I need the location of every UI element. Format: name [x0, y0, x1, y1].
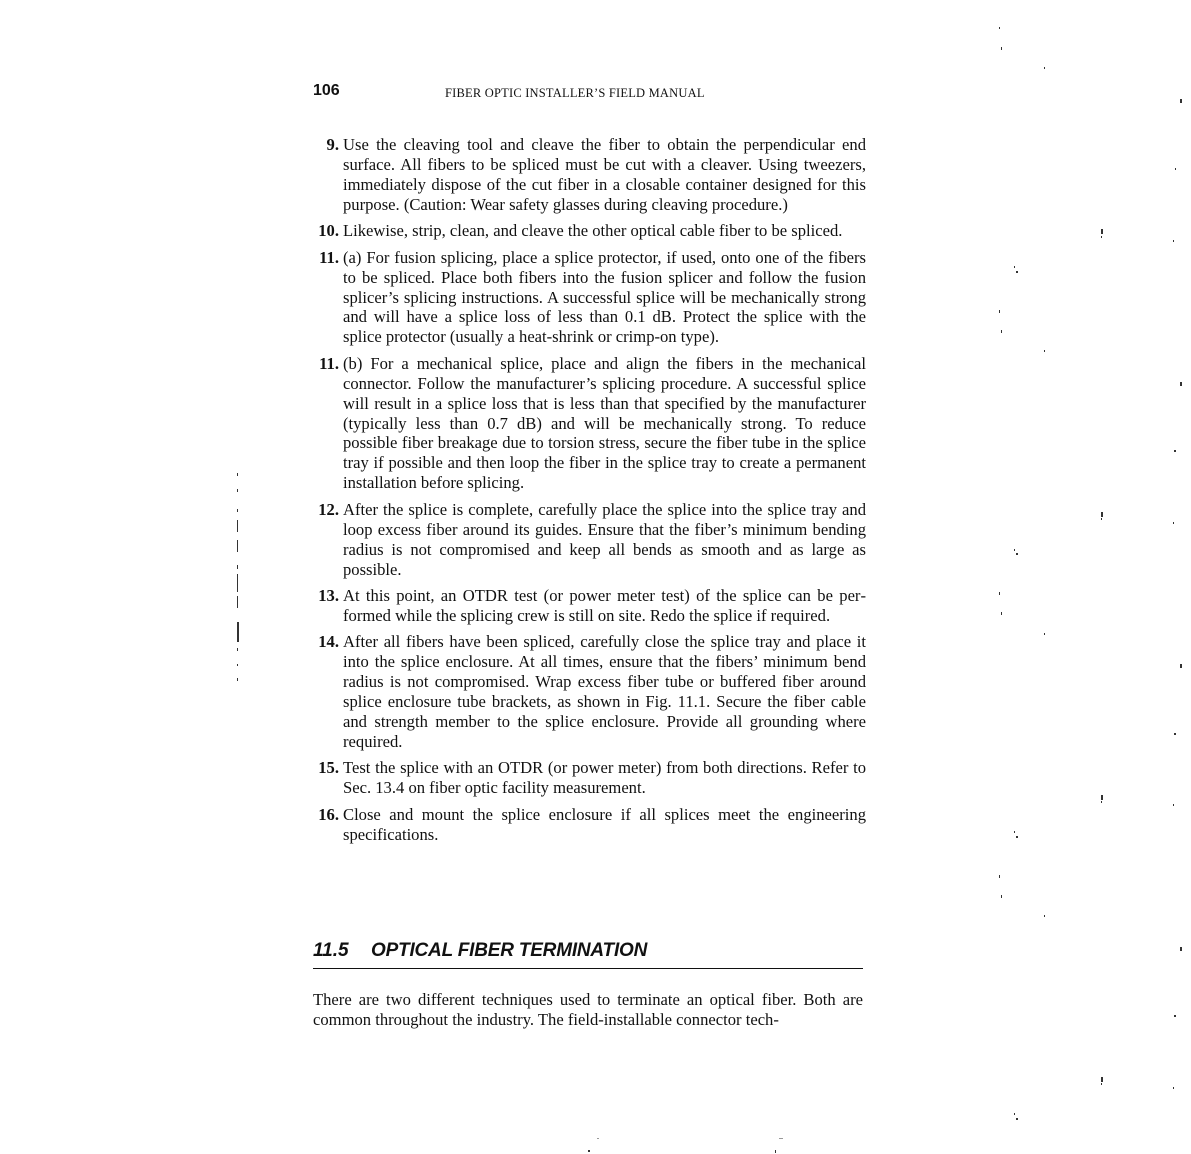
- scan-speck: [1001, 47, 1002, 50]
- step-number: 10.: [307, 221, 339, 241]
- scan-speck: [1101, 1083, 1102, 1085]
- running-title: FIBER OPTIC INSTALLER’S FIELD MANUAL: [445, 86, 705, 101]
- scan-speck: [1001, 895, 1002, 898]
- step-item: 14. After all fibers have been spliced, …: [307, 632, 866, 751]
- step-item: 15. Test the splice with an OTDR (or pow…: [307, 758, 866, 798]
- scan-speck: [1180, 99, 1182, 103]
- scan-speck: [237, 509, 238, 512]
- step-item: 11. (b) For a mechanical splice, place a…: [307, 354, 866, 493]
- scan-speck: [588, 1150, 590, 1152]
- scan-speck: [237, 596, 238, 608]
- step-number: 12.: [307, 500, 339, 520]
- scan-speck: [1101, 236, 1102, 238]
- step-text: Likewise, strip, clean, and cleave the o…: [343, 221, 866, 241]
- scan-speck: [999, 27, 1000, 29]
- scanned-page: 106 FIBER OPTIC INSTALLER’S FIELD MANUAL…: [0, 0, 1191, 1154]
- scan-speck: [1101, 512, 1103, 517]
- step-text: (b) For a mechanical splice, place and a…: [343, 354, 866, 493]
- scan-speck: [1173, 522, 1174, 524]
- step-number: 9.: [307, 135, 339, 155]
- scan-speck: [237, 520, 238, 532]
- scan-speck: [1001, 612, 1002, 615]
- step-item: 9. Use the cleaving tool and cleave the …: [307, 135, 866, 215]
- scan-speck: [1101, 795, 1103, 800]
- step-text: (a) For fusion splicing, place a splice …: [343, 248, 866, 348]
- scan-speck: [597, 1138, 599, 1139]
- step-text: At this point, an OTDR test (or power me…: [343, 586, 866, 626]
- scan-speck: [999, 875, 1000, 878]
- scan-speck: [1173, 804, 1174, 806]
- scan-speck: [1014, 549, 1015, 551]
- step-item: 16. Close and mount the splice enclosure…: [307, 805, 866, 845]
- scan-speck: [1014, 831, 1015, 833]
- scan-speck: [1016, 1118, 1018, 1120]
- scan-speck: [1044, 67, 1045, 69]
- scan-speck: [1101, 1077, 1103, 1082]
- scan-speck: [1044, 350, 1045, 352]
- scan-speck: [1175, 168, 1176, 170]
- scan-speck: [1016, 836, 1018, 838]
- scan-speck: [1014, 266, 1015, 268]
- scan-speck: [775, 1150, 776, 1153]
- scan-speck: [1014, 1113, 1015, 1115]
- scan-speck: [1101, 801, 1102, 803]
- step-number: 11.: [307, 248, 339, 268]
- scan-speck: [237, 489, 238, 492]
- scan-speck: [1180, 382, 1182, 386]
- scan-speck: [237, 648, 238, 651]
- scan-speck: [1173, 240, 1174, 242]
- scan-speck: [237, 664, 238, 666]
- scan-speck: [1173, 1087, 1174, 1089]
- step-text: Test the splice with an OTDR (or power m…: [343, 758, 866, 798]
- scan-speck: [237, 540, 238, 552]
- step-text: Use the cleaving tool and cleave the fib…: [343, 135, 866, 215]
- scan-speck: [237, 574, 238, 592]
- scan-speck: [1174, 733, 1176, 735]
- step-number: 11.: [307, 354, 339, 374]
- step-number: 16.: [307, 805, 339, 825]
- intro-paragraph: There are two different techniques used …: [313, 990, 863, 1030]
- section-number: 11.5: [313, 940, 349, 962]
- section-heading: 11.5 OPTICAL FIBER TERMINATION: [313, 938, 863, 969]
- procedure-steps-list: 9. Use the cleaving tool and cleave the …: [307, 135, 866, 851]
- scan-speck: [1016, 553, 1018, 555]
- scan-speck: [1180, 947, 1182, 951]
- scan-speck: [237, 678, 238, 681]
- scan-speck: [999, 310, 1000, 313]
- scan-speck: [1174, 450, 1176, 452]
- running-head: 106 FIBER OPTIC INSTALLER’S FIELD MANUAL: [313, 82, 873, 104]
- scan-speck: [1044, 633, 1045, 635]
- scan-speck: [1180, 664, 1182, 668]
- scan-speck: [999, 592, 1000, 595]
- page-number: 106: [313, 82, 340, 100]
- scan-speck: [1016, 271, 1018, 273]
- scan-speck: [1044, 915, 1045, 917]
- step-item: 13. At this point, an OTDR test (or powe…: [307, 586, 866, 626]
- scan-speck: [237, 565, 238, 569]
- step-number: 14.: [307, 632, 339, 652]
- scan-speck: [237, 473, 238, 476]
- scan-speck: [1101, 518, 1102, 520]
- scan-speck: [1101, 229, 1103, 234]
- step-item: 12. After the splice is complete, carefu…: [307, 500, 866, 580]
- step-item: 11. (a) For fusion splicing, place a spl…: [307, 248, 866, 348]
- section-title: OPTICAL FIBER TERMINATION: [371, 940, 647, 962]
- step-text: Close and mount the splice enclosure if …: [343, 805, 866, 845]
- step-number: 13.: [307, 586, 339, 606]
- scan-speck: [237, 622, 239, 642]
- step-number: 15.: [307, 758, 339, 778]
- scan-speck: [1001, 330, 1002, 333]
- step-text: After the splice is complete, carefully …: [343, 500, 866, 580]
- step-text: After all fibers have been spliced, care…: [343, 632, 866, 751]
- step-item: 10. Likewise, strip, clean, and cleave t…: [307, 221, 866, 241]
- scan-speck: [779, 1138, 783, 1139]
- scan-speck: [1174, 1015, 1176, 1017]
